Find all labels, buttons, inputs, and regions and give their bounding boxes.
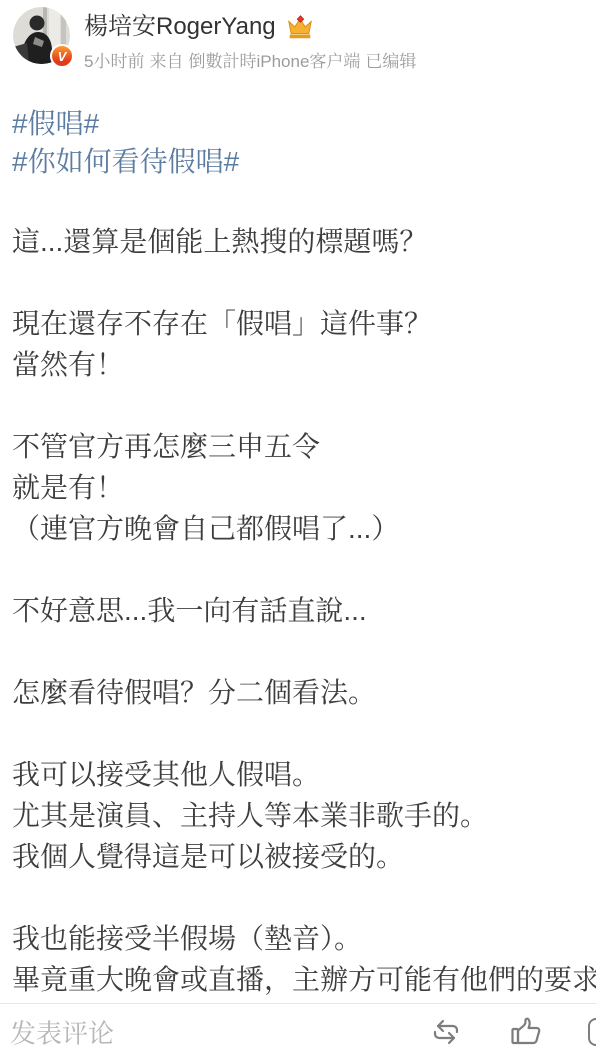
weibo-post-page: V 楊培安RogerYang 5小时前 来自 倒數計時iPhone客户端 已编辑…	[0, 0, 596, 1060]
extra-icon-partial[interactable]	[588, 1018, 596, 1046]
source-client-link[interactable]: 倒數計時iPhone客户端	[188, 47, 360, 72]
comment-bar: 发表评论	[0, 1003, 596, 1060]
like-icon[interactable]	[509, 1017, 543, 1047]
verified-v-badge: V	[50, 44, 74, 68]
post-time: 5小时前	[84, 47, 144, 72]
comment-input[interactable]: 发表评论	[10, 1014, 114, 1051]
edited-label: 已编辑	[365, 47, 416, 72]
vip-crown-icon	[285, 13, 315, 41]
hashtag-link-how-do-you-view-fake-singing[interactable]: #你如何看待假唱#	[12, 143, 596, 181]
username[interactable]: 楊培安RogerYang	[84, 12, 276, 42]
avatar[interactable]: V	[13, 7, 70, 64]
header-text: 楊培安RogerYang 5小时前 来自 倒數計時iPhone客户端 已编辑	[84, 12, 586, 72]
post-body: #假唱# #你如何看待假唱# 這...還算是個能上熱搜的標題嗎？ 現在還存不存在…	[12, 105, 596, 1000]
post-meta: 5小时前 来自 倒數計時iPhone客户端 已编辑	[84, 47, 586, 72]
via-label: 来自	[149, 47, 183, 72]
post-header: V 楊培安RogerYang 5小时前 来自 倒數計時iPhone客户端 已编辑	[13, 7, 596, 71]
hashtag-link-fake-singing[interactable]: #假唱#	[12, 105, 596, 143]
post-text: 這...還算是個能上熱搜的標題嗎？ 現在還存不存在「假唱」這件事？ 當然有！ 不…	[12, 221, 596, 1000]
repost-icon[interactable]	[429, 1019, 463, 1046]
